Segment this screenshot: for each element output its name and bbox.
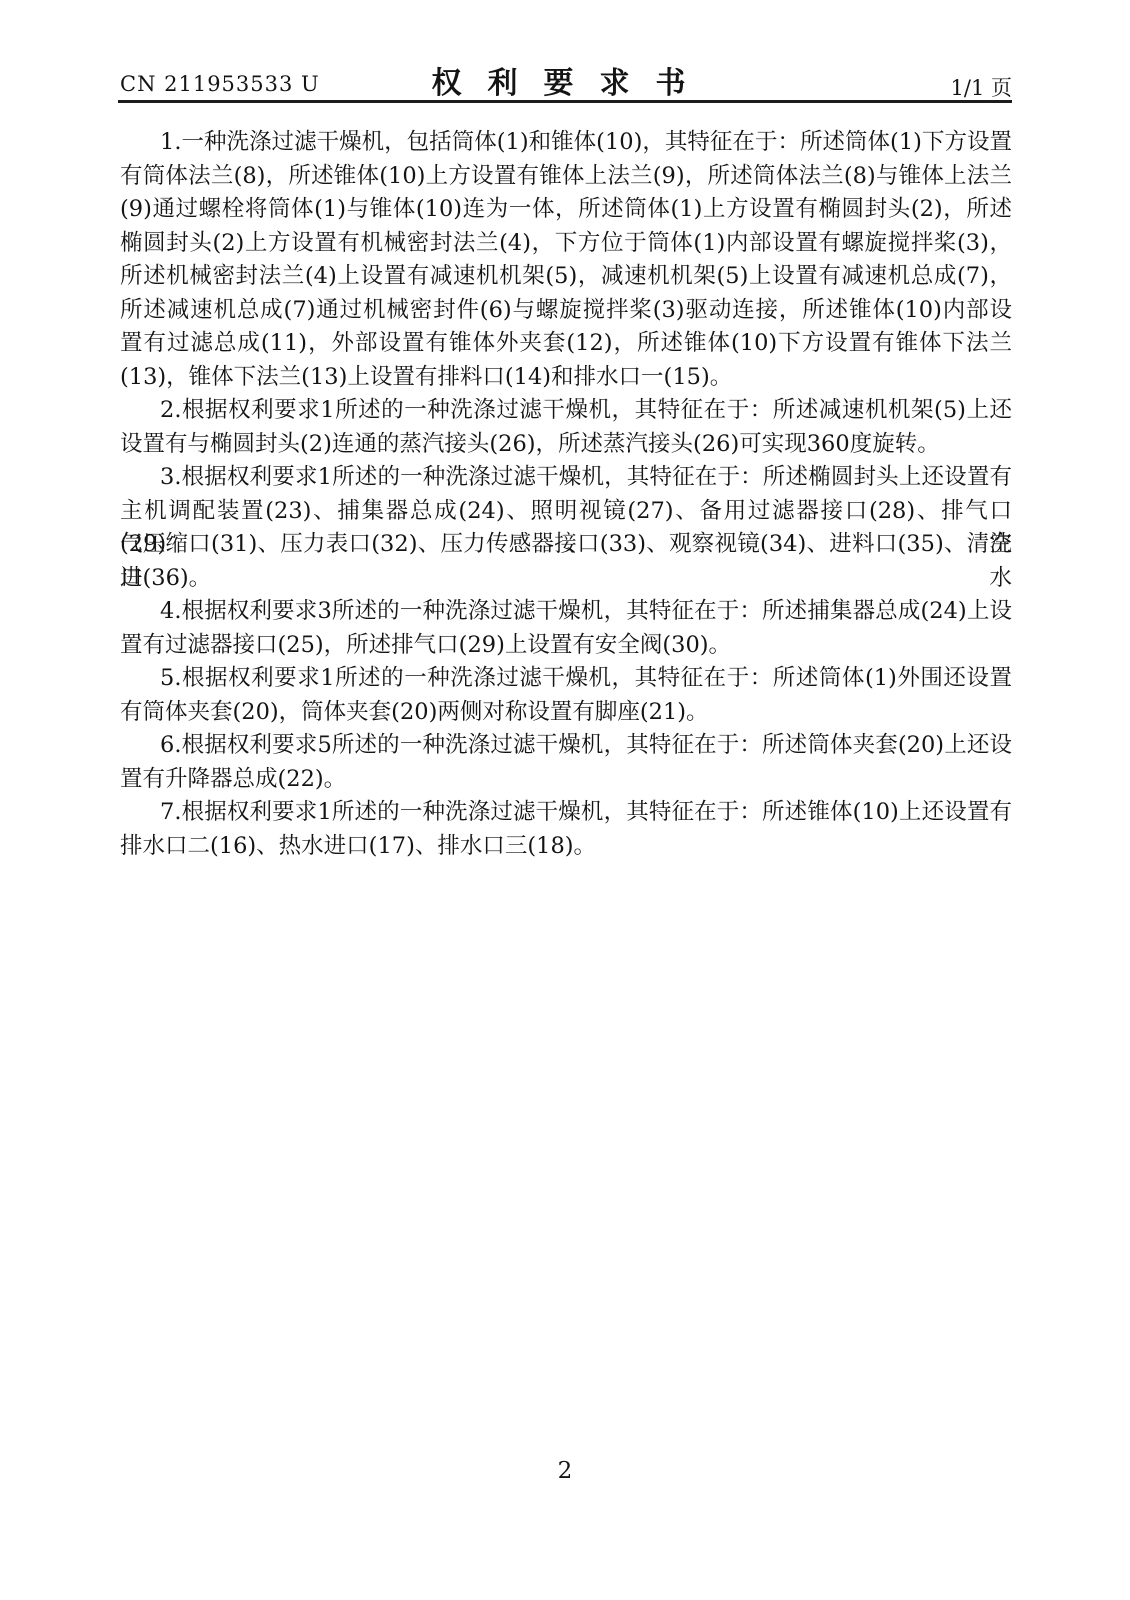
claims-line: 置有升降器总成(22)。 [120,763,1012,797]
page-indicator: 1/1 页 [951,72,1012,102]
claims-line: 6.根据权利要求5所述的一种洗涤过滤干燥机，其特征在于：所述筒体夹套(20)上还… [120,729,1012,763]
header-rule [118,100,1012,103]
claims-line: 7.根据权利要求1所述的一种洗涤过滤干燥机，其特征在于：所述锥体(10)上还设置… [120,796,1012,830]
page-title: 权利要求书 [419,58,712,102]
claims-line: 3.根据权利要求1所述的一种洗涤过滤干燥机，其特征在于：所述椭圆封头上还设置有 [120,461,1012,495]
patent-claims-page: CN 211953533 U 权利要求书 1/1 页 1.一种洗涤过滤干燥机，包… [0,0,1130,1600]
claims-line: 椭圆封头(2)上方设置有机械密封法兰(4)，下方位于筒体(1)内部设置有螺旋搅拌… [120,227,1012,261]
claims-line: 2.根据权利要求1所述的一种洗涤过滤干燥机，其特征在于：所述减速机机架(5)上还 [120,394,1012,428]
claims-line: 置有过滤器接口(25)，所述排气口(29)上设置有安全阀(30)。 [120,629,1012,663]
page-number: 2 [0,1458,1130,1484]
claims-line: 排水口二(16)、热水进口(17)、排水口三(18)。 [120,830,1012,864]
claims-line: 5.根据权利要求1所述的一种洗涤过滤干燥机，其特征在于：所述筒体(1)外围还设置 [120,662,1012,696]
claims-line: (13)，锥体下法兰(13)上设置有排料口(14)和排水口一(15)。 [120,361,1012,395]
claims-line: 1.一种洗涤过滤干燥机，包括筒体(1)和锥体(10)，其特征在于：所述筒体(1)… [120,126,1012,160]
claims-line: 4.根据权利要求3所述的一种洗涤过滤干燥机，其特征在于：所述捕集器总成(24)上… [120,595,1012,629]
claims-line: 有筒体夹套(20)，筒体夹套(20)两侧对称设置有脚座(21)。 [120,696,1012,730]
claims-line: 所述减速机总成(7)通过机械密封件(6)与螺旋搅拌桨(3)驱动连接，所述锥体(1… [120,294,1012,328]
claims-line: 有筒体法兰(8)，所述锥体(10)上方设置有锥体上法兰(9)，所述筒体法兰(8)… [120,160,1012,194]
claims-line: 置有过滤总成(11)，外部设置有锥体外夹套(12)，所述锥体(10)下方设置有锥… [120,327,1012,361]
claims-line: 所述机械密封法兰(4)上设置有减速机机架(5)，减速机机架(5)上设置有减速机总… [120,260,1012,294]
claims-line: 气压缩口(31)、压力表口(32)、压力传感器接口(33)、观察视镜(34)、进… [120,528,1012,562]
claims-line: 设置有与椭圆封头(2)连通的蒸汽接头(26)，所述蒸汽接头(26)可实现360度… [120,428,1012,462]
claims-body: 1.一种洗涤过滤干燥机，包括筒体(1)和锥体(10)，其特征在于：所述筒体(1)… [120,126,1012,863]
claims-line: 主机调配装置(23)、捕集器总成(24)、照明视镜(27)、备用过滤器接口(28… [120,495,1012,529]
claims-line: (9)通过螺栓将筒体(1)与锥体(10)连为一体，所述筒体(1)上方设置有椭圆封… [120,193,1012,227]
document-number: CN 211953533 U [120,72,320,96]
